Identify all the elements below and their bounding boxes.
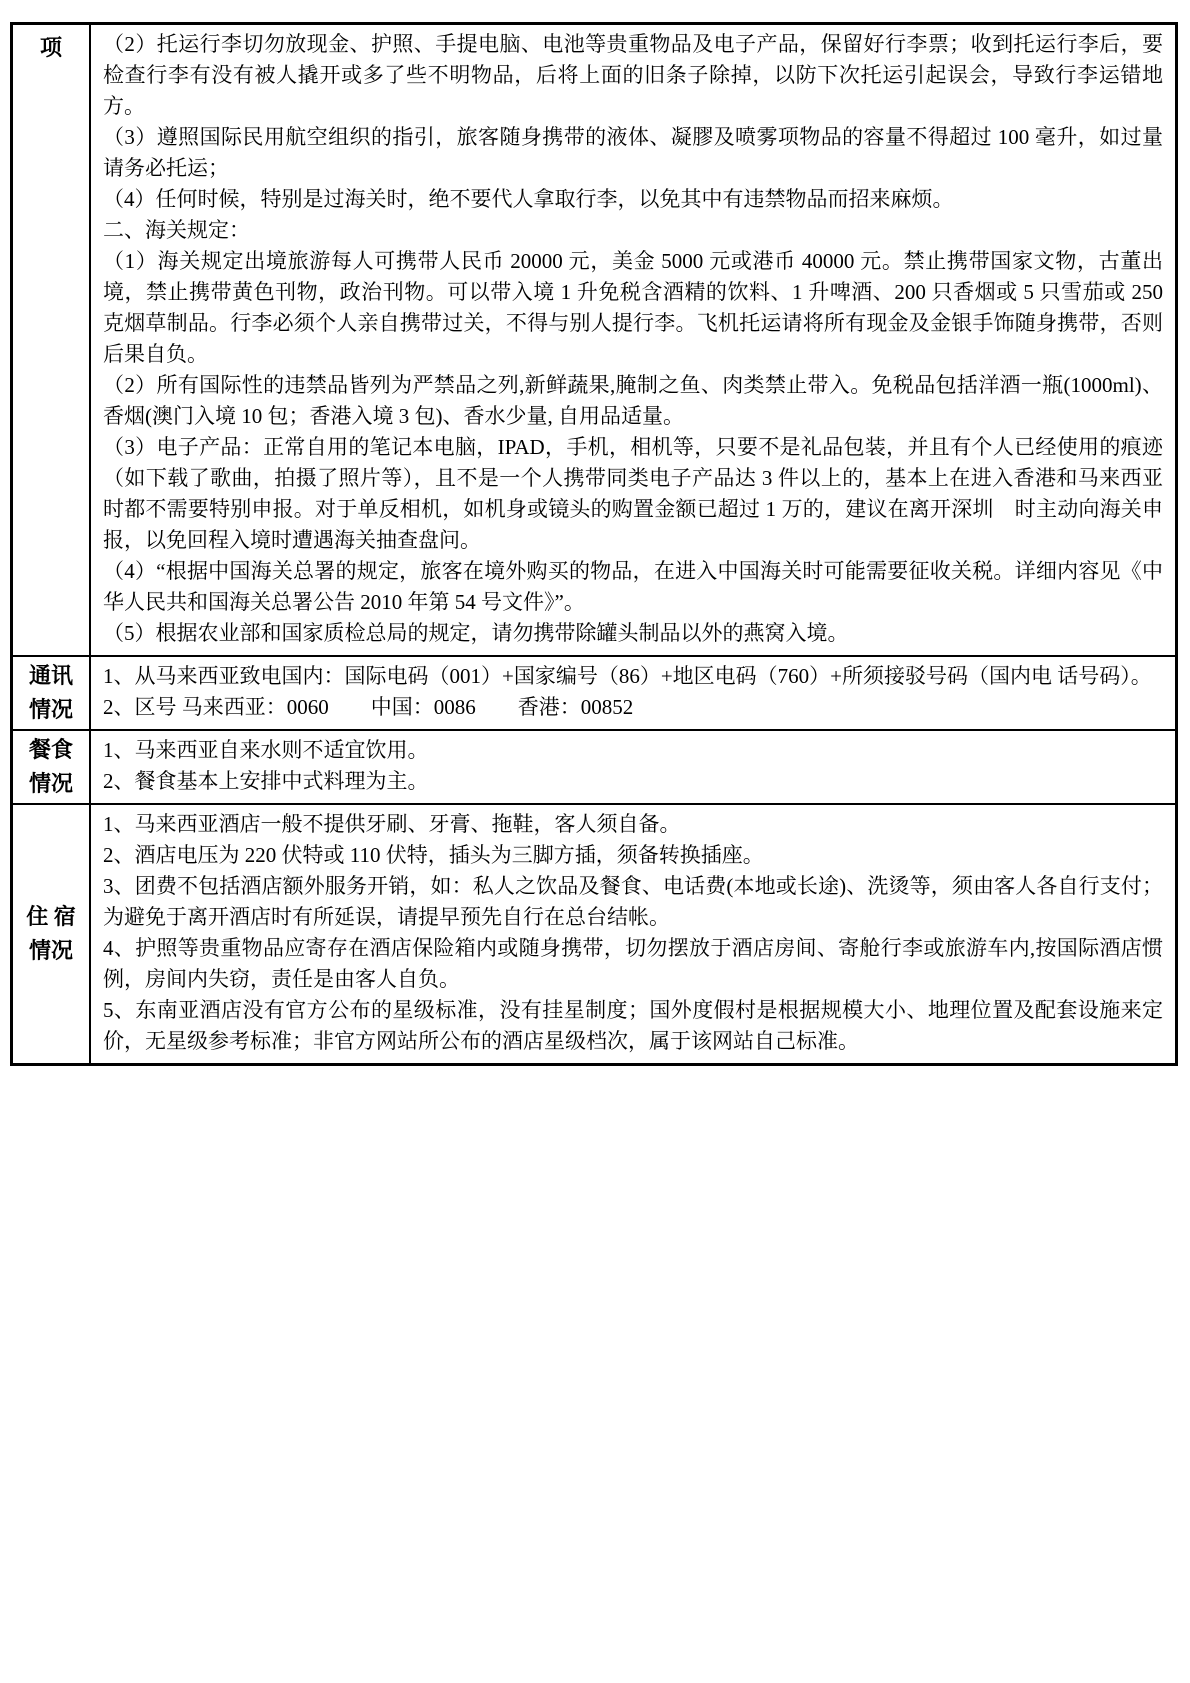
paragraph: （3）电子产品：正常自用的笔记本电脑，IPAD，手机，相机等，只要不是礼品包装，…: [103, 432, 1163, 556]
table-row-notes: 项 （2）托运行李切勿放现金、护照、手提电脑、电池等贵重物品及电子产品，保留好行…: [12, 24, 1177, 657]
dining-content-cell: 1、马来西亚自来水则不适宜饮用。 2、餐食基本上安排中式料理为主。: [90, 730, 1177, 804]
paragraph: 2、酒店电压为 220 伏特或 110 伏特，插头为三脚方插，须备转换插座。: [103, 840, 1163, 871]
table-row-dining: 餐食 情况 1、马来西亚自来水则不适宜饮用。 2、餐食基本上安排中式料理为主。: [12, 730, 1177, 804]
section-heading: 二、海关规定：: [103, 215, 1163, 246]
paragraph: 2、餐食基本上安排中式料理为主。: [103, 766, 1163, 797]
notes-content-cell: （2）托运行李切勿放现金、护照、手提电脑、电池等贵重物品及电子产品，保留好行李票…: [90, 24, 1177, 657]
row-label-line: 通讯: [14, 659, 88, 693]
row-label-line: 项: [14, 31, 88, 65]
paragraph: （2）托运行李切勿放现金、护照、手提电脑、电池等贵重物品及电子产品，保留好行李票…: [103, 29, 1163, 122]
row-label-hotel: 住 宿 情况: [12, 804, 91, 1065]
row-label-telecom: 通讯 情况: [12, 656, 91, 730]
telecom-content-cell: 1、从马来西亚致电国内：国际电码（001）+国家编号（86）+地区电码（760）…: [90, 656, 1177, 730]
paragraph: 1、马来西亚酒店一般不提供牙刷、牙膏、拖鞋，客人须自备。: [103, 809, 1163, 840]
row-label-notes: 项: [12, 24, 91, 657]
row-label-line: 餐食: [14, 733, 88, 767]
paragraph: （4）“根据中国海关总署的规定，旅客在境外购买的物品，在进入中国海关时可能需要征…: [103, 556, 1163, 618]
paragraph: （1）海关规定出境旅游每人可携带人民币 20000 元，美金 5000 元或港币…: [103, 246, 1163, 370]
row-label-line: 情况: [14, 934, 88, 968]
hotel-content-cell: 1、马来西亚酒店一般不提供牙刷、牙膏、拖鞋，客人须自备。 2、酒店电压为 220…: [90, 804, 1177, 1065]
paragraph: 5、东南亚酒店没有官方公布的星级标准，没有挂星制度；国外度假村是根据规模大小、地…: [103, 995, 1163, 1057]
table-row-hotel: 住 宿 情况 1、马来西亚酒店一般不提供牙刷、牙膏、拖鞋，客人须自备。 2、酒店…: [12, 804, 1177, 1065]
travel-info-table: 项 （2）托运行李切勿放现金、护照、手提电脑、电池等贵重物品及电子产品，保留好行…: [10, 22, 1178, 1066]
row-label-line: 住 宿: [14, 900, 88, 934]
paragraph: 3、团费不包括酒店额外服务开销，如：私人之饮品及餐食、电话费(本地或长途)、洗烫…: [103, 871, 1163, 933]
paragraph: 4、护照等贵重物品应寄存在酒店保险箱内或随身携带，切勿摆放于酒店房间、寄舱行李或…: [103, 933, 1163, 995]
paragraph: （2）所有国际性的违禁品皆列为严禁品之列,新鲜蔬果,腌制之鱼、肉类禁止带入。免税…: [103, 370, 1163, 432]
paragraph: 1、从马来西亚致电国内：国际电码（001）+国家编号（86）+地区电码（760）…: [103, 661, 1163, 692]
paragraph: （4）任何时候，特别是过海关时，绝不要代人拿取行李，以免其中有违禁物品而招来麻烦…: [103, 184, 1163, 215]
table-row-telecom: 通讯 情况 1、从马来西亚致电国内：国际电码（001）+国家编号（86）+地区电…: [12, 656, 1177, 730]
paragraph: （5）根据农业部和国家质检总局的规定，请勿携带除罐头制品以外的燕窝入境。: [103, 618, 1163, 649]
paragraph: （3）遵照国际民用航空组织的指引，旅客随身携带的液体、凝膠及喷雾项物品的容量不得…: [103, 122, 1163, 184]
paragraph: 2、区号 马来西亚：0060 中国：0086 香港：00852: [103, 692, 1163, 723]
row-label-line: 情况: [14, 693, 88, 727]
paragraph: 1、马来西亚自来水则不适宜饮用。: [103, 735, 1163, 766]
document-page: 项 （2）托运行李切勿放现金、护照、手提电脑、电池等贵重物品及电子产品，保留好行…: [0, 0, 1190, 1683]
row-label-dining: 餐食 情况: [12, 730, 91, 804]
row-label-line: 情况: [14, 767, 88, 801]
